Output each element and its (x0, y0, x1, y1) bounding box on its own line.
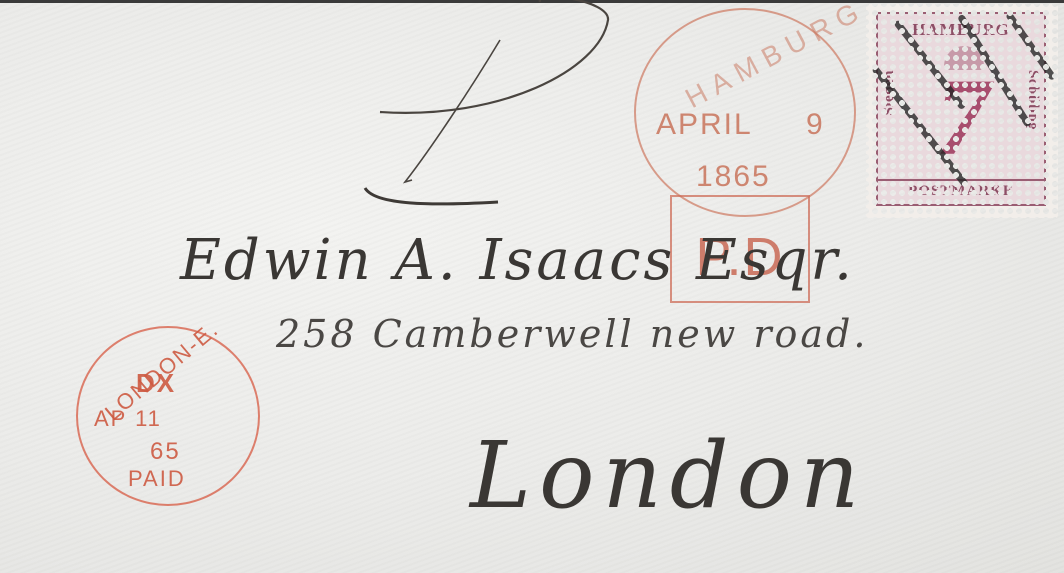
postage-stamp: HAMBURG Sieben Schilling 7 POSTMARKE (866, 4, 1058, 218)
postmark-day: 9 (806, 108, 825, 142)
postmark-paid: PAID (128, 466, 186, 492)
address-city: London (470, 422, 867, 529)
postmark-year: 65 (150, 438, 181, 466)
postmark-date: AP 11 (94, 406, 162, 432)
postmark-code: DX (136, 368, 176, 399)
postmark-city: HAMBURG (680, 0, 871, 115)
hamburg-postmark: HAMBURG APRIL 9 1865 (634, 8, 856, 217)
envelope: HAMBURG APRIL 9 1865 P.D HAMBURG Sieben … (0, 0, 1064, 573)
manuscript-rate-mark (350, 0, 630, 220)
postmark-date: APRIL (656, 108, 753, 142)
addressee-name: Edwin A. Isaacs Esqr. (180, 228, 855, 293)
london-postmark: LONDON-E. DX AP 11 65 PAID (76, 326, 260, 506)
address-street: 258 Camberwell new road. (276, 312, 868, 356)
postmark-year: 1865 (696, 160, 771, 194)
